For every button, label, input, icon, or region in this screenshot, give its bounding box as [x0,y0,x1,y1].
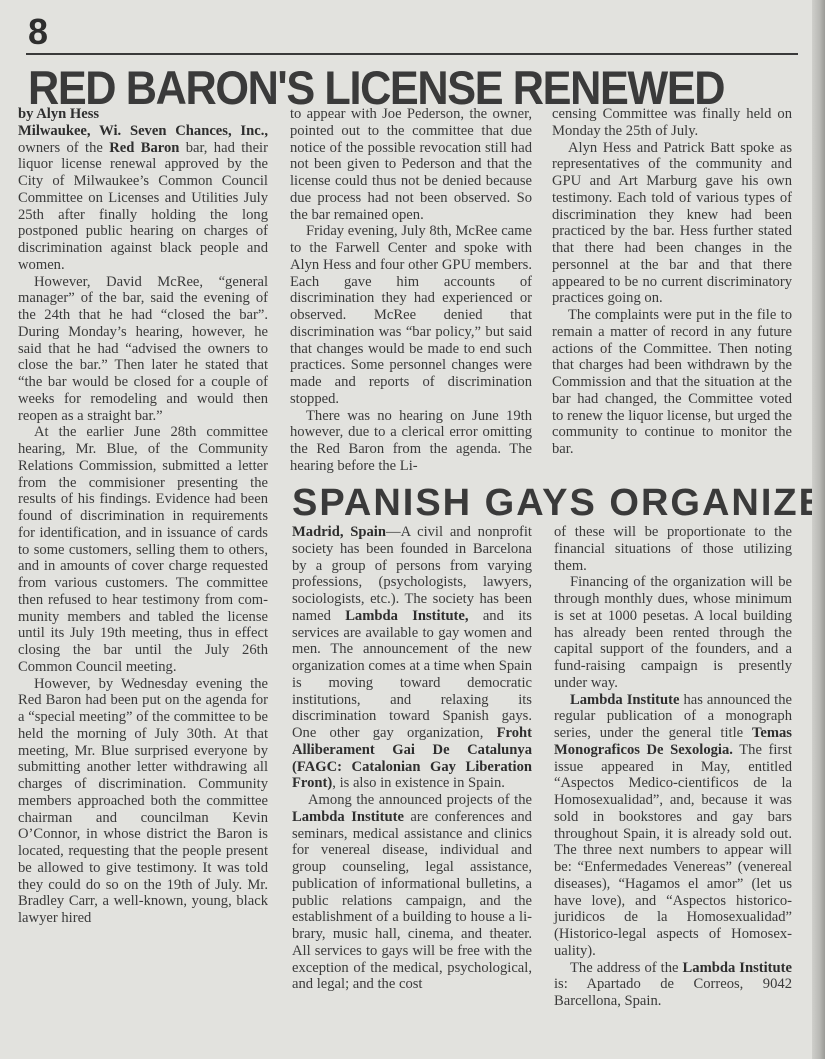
article1-column-2: to appear with Joe Pederson, the owner, … [290,106,532,475]
bold-name-lambda: Lambda Institute [570,692,679,708]
dateline: Milwaukee, Wi. Seven Chances, Inc., [18,123,268,139]
article1-paragraph-3: At the earlier June 28th commit­tee hear… [18,424,268,675]
article2-paragraph-4: Lambda Institute has announced the regul… [554,692,792,960]
page-edge [812,0,825,1059]
header-rule [26,53,798,55]
article1-paragraph-2: However, David McRee, “general manager” … [18,274,268,425]
article2-paragraph-2: Among the announced projects of the Lamb… [292,792,532,993]
article1-paragraph-4: However, by Wednesday evening the Red Ba… [18,676,268,927]
bold-name-lambda: Lambda Institute, [345,608,468,624]
article2-column-1: Madrid, Spain—A civil and nonprofit soci… [292,524,532,993]
headline-red-baron: RED BARON'S LICENSE RENEWED [28,64,724,111]
article1-paragraph-1: Milwaukee, Wi. Seven Chances, Inc., owne… [18,123,268,274]
text-segment: Among the announced projects of the [308,792,532,808]
article2-paragraph-2-cont: of these will be proportionate to the fi… [554,524,792,574]
article1-paragraph-5: Friday evening, July 8th, McRee came to … [290,223,532,407]
headline-spanish-gays: SPANISH GAYS ORGANIZE [292,484,825,522]
article1-paragraph-7: Alyn Hess and Patrick Batt spoke as repr… [552,140,792,308]
bold-name-lambda: Lambda Insti­tute [683,960,792,976]
page-number: 8 [28,14,48,50]
text-segment: The address of the [570,960,683,976]
article1-paragraph-4-cont: to appear with Joe Pederson, the owner, … [290,106,532,223]
text-segment: and its services are available to gay wo… [292,608,532,741]
article1-column-3: censing Committee was finally held on Mo… [552,106,792,458]
article1-paragraph-6-cont: censing Committee was finally held on Mo… [552,106,792,140]
article1-paragraph-8: The complaints were put in the file to r… [552,307,792,458]
text-segment: owners of the [18,140,109,156]
article1-paragraph-6: There was no hearing on June 19th howeve… [290,408,532,475]
article2-column-2: of these will be proportionate to the fi… [554,524,792,1010]
article2-paragraph-5: The address of the Lambda Insti­tute is:… [554,960,792,1010]
newsletter-page: 8 RED BARON'S LICENSE RENEWED by Alyn He… [0,0,812,1059]
article2-paragraph-1: Madrid, Spain—A civil and nonprofit soci… [292,524,532,792]
text-segment: are confer­ences and seminars, medical a… [292,809,532,993]
text-segment: is: Apartado de Correos, 9042 Barcellona… [554,976,792,1009]
text-segment: , is also in exis­tence in Spain. [332,775,505,791]
dateline: Madrid, Spain [292,524,386,540]
text-segment: The first issue appeared in May, en­titl… [554,742,792,959]
byline: by Alyn Hess [18,106,268,123]
bold-name-lambda: Lambda Institute [292,809,404,825]
article2-paragraph-3: Financing of the organization will be th… [554,574,792,691]
text-segment: bar, had their liquor license renewal ap… [18,140,268,273]
article1-column-1: by Alyn Hess Milwaukee, Wi. Seven Chance… [18,106,268,927]
bold-name-red-baron: Red Baron [109,140,179,156]
